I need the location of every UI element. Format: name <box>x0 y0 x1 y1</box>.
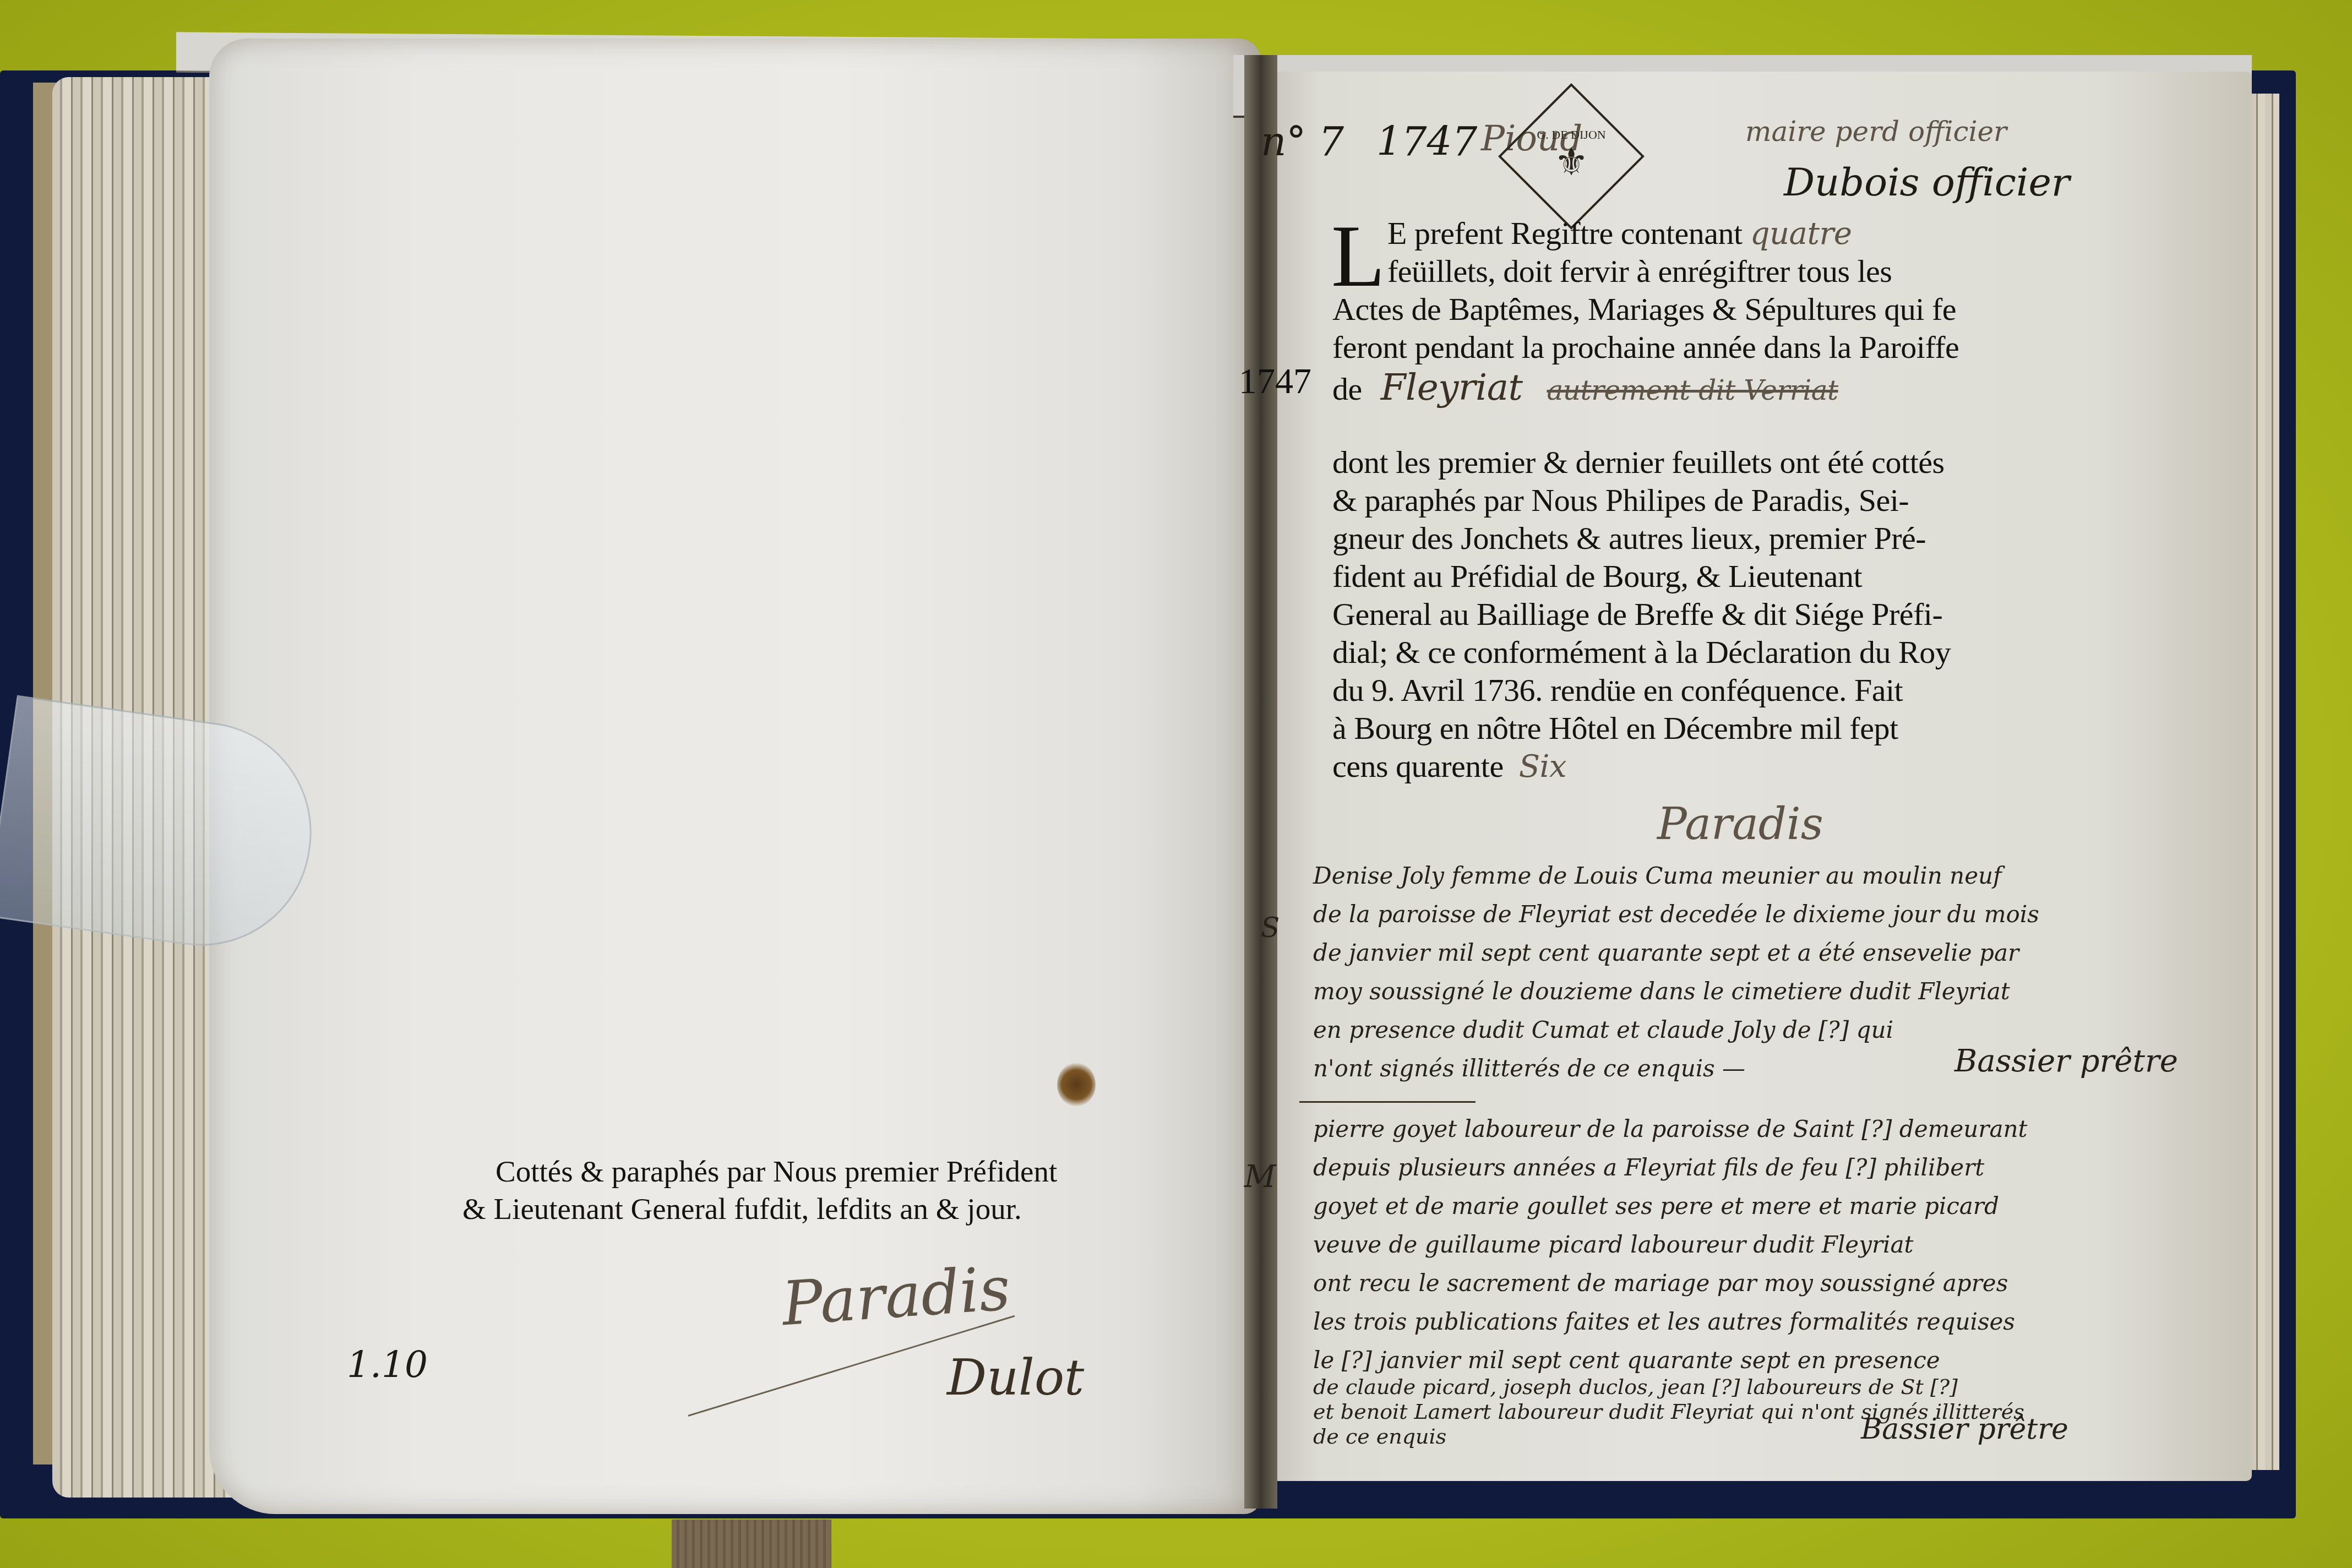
preface-line: Actes de Baptêmes, Mariages & Sépultures… <box>1332 293 2048 331</box>
priest-signature: Bassier prêtre <box>1861 1415 2068 1444</box>
preface-line: gneur des Jonchets & autres lieux, premi… <box>1332 522 2048 560</box>
cert-line: & Lieutenant General fufdit, lefdits an … <box>462 1194 1057 1231</box>
preface-line: du 9. Avril 1736. rendüe en conféquence.… <box>1332 674 2048 712</box>
preface-line: à Bourg en nôtre Hôtel en Décembre mil f… <box>1332 712 2048 750</box>
priest-signature: Bassier prêtre <box>1954 1046 2178 1077</box>
book-gutter <box>1244 55 1277 1509</box>
fleur-de-lis-icon: ⚜ <box>1537 142 1605 184</box>
handwritten-year-word: Six <box>1519 749 1566 785</box>
entry-line: de la paroisse de Fleyriat est decedée l… <box>1313 903 2039 926</box>
bookmark-ribbon <box>672 1520 831 1568</box>
preface-line: feüillets, doit fervir à enrégiftrer tou… <box>1332 255 2048 293</box>
handwritten-count: quatre <box>1750 216 1852 252</box>
margin-note: M <box>1244 1162 1276 1193</box>
preface-line: dont les premier & dernier feuillets ont… <box>1332 447 2048 484</box>
entry-line: de janvier mil sept cent quarante sept e… <box>1313 941 2019 965</box>
entry-line: de claude picard, joseph duclos, jean [?… <box>1313 1376 1958 1397</box>
cert-line: Cottés & paraphés par Nous premier Préfi… <box>496 1156 1057 1194</box>
register-number: n° 7 <box>1261 118 1344 165</box>
register-year: 1747 <box>1376 118 1477 165</box>
entry-line: en presence dudit Cumat et claude Joly d… <box>1313 1019 1893 1042</box>
preface-line-parish: de Fleyriat autrement dit Verriat <box>1332 369 2048 447</box>
entry-line: ont recu le sacrement de mariage par moy… <box>1313 1272 2008 1295</box>
dulot-signature: Dulot <box>947 1349 1084 1407</box>
preface-line: E prefent Regiftre contenant quatre <box>1332 217 2048 255</box>
annotation-title-1: maire perd officier <box>1745 116 2007 148</box>
ink-stain <box>1057 1063 1096 1107</box>
margin-note: S <box>1261 914 1280 941</box>
certification-text: Cottés & paraphés par Nous premier Préfi… <box>496 1156 1057 1231</box>
annotation-name-2: Dubois officier <box>1784 160 2070 205</box>
preface-line: & paraphés par Nous Philipes de Paradis,… <box>1332 484 2048 522</box>
entry-line: n'ont signés illitterés de ce enquis — <box>1313 1057 1745 1080</box>
entry-line: veuve de guillaume picard laboureur dudi… <box>1313 1233 1913 1256</box>
entry-line: de ce enquis <box>1313 1426 1446 1447</box>
preface-line: cens quarente Six <box>1332 750 2048 788</box>
paradis-signature-right: Paradis <box>1657 798 1823 850</box>
entry-line: Denise Joly femme de Louis Cuma meunier … <box>1313 864 2002 888</box>
printed-preface: E prefent Regiftre contenant quatre feüi… <box>1332 217 2048 788</box>
preface-line: feront pendant la prochaine année dans l… <box>1332 331 2048 369</box>
stamp-text: G. DE DIJON <box>1537 128 1605 141</box>
entry-line: moy soussigné le douzieme dans le cimeti… <box>1313 980 2010 1003</box>
entry-line: les trois publications faites et les aut… <box>1313 1310 2015 1333</box>
handwritten-parish: Fleyriat <box>1381 366 1523 409</box>
left-page <box>209 39 1261 1514</box>
preface-line: General au Bailliage de Breffe & dit Sié… <box>1332 598 2048 636</box>
margin-year: 1747 <box>1239 361 1311 402</box>
entry-divider <box>1299 1101 1476 1103</box>
entry-line: le [?] janvier mil sept cent quarante se… <box>1313 1349 1940 1372</box>
entry-line: goyet et de marie goullet ses pere et me… <box>1313 1195 1999 1218</box>
preface-line: dial; & ce conformément à la Déclaration… <box>1332 636 2048 674</box>
entry-line: pierre goyet laboureur de la paroisse de… <box>1313 1118 2027 1141</box>
entry-line: depuis plusieurs années a Fleyriat fils … <box>1313 1156 1984 1179</box>
preface-line: fident au Préfidial de Bourg, & Lieutena… <box>1332 560 2048 598</box>
fee-note: 1.10 <box>347 1343 428 1386</box>
struck-parish-name: autrement dit Verriat <box>1547 374 1838 406</box>
